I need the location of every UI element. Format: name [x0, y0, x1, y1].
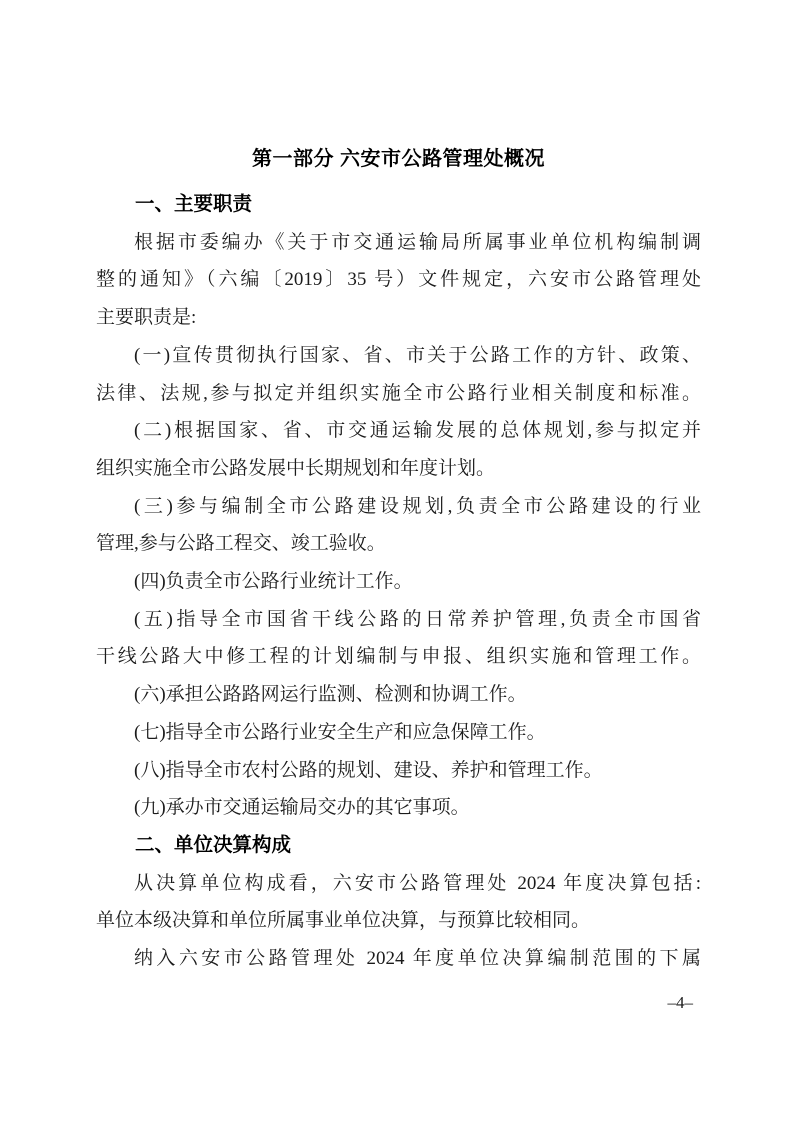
section-heading: 二、单位决算构成: [96, 827, 701, 865]
text-line: 整的通知》（六编〔2019〕35 号）文件规定，六安市公路管理处: [96, 261, 701, 299]
text-line: (五)指导全市国省干线公路的日常养护管理,负责全市国省: [96, 601, 701, 639]
text-line: (六)承担公路路网运行监测、检测和协调工作。: [96, 676, 701, 714]
text-line: 法律、法规,参与拟定并组织实施全市公路行业相关制度和标准。: [96, 375, 701, 413]
text-line: 主要职责是:: [96, 299, 701, 337]
document-body: 一、主要职责根据市委编办《关于市交通运输局所属事业单位机构编制调整的通知》（六编…: [96, 186, 701, 978]
document-content: 第一部分 六安市公路管理处概况 一、主要职责根据市委编办《关于市交通运输局所属事…: [96, 140, 701, 978]
text-line: (一)宣传贯彻执行国家、省、市关于公路工作的方针、政策、: [96, 337, 701, 375]
text-line: 组织实施全市公路发展中长期规划和年度计划。: [96, 450, 701, 488]
text-line: 纳入六安市公路管理处 2024 年度单位决算编制范围的下属: [96, 940, 701, 978]
text-line: 根据市委编办《关于市交通运输局所属事业单位机构编制调: [96, 224, 701, 262]
text-line: (三)参与编制全市公路建设规划,负责全市公路建设的行业: [96, 488, 701, 526]
text-line: (二)根据国家、省、市交通运输发展的总体规划,参与拟定并: [96, 412, 701, 450]
text-line: (九)承办市交通运输局交办的其它事项。: [96, 789, 701, 827]
text-line: 管理,参与公路工程交、竣工验收。: [96, 525, 701, 563]
text-line: 从决算单位构成看，六安市公路管理处 2024 年度决算包括:: [96, 865, 701, 903]
section-heading: 一、主要职责: [96, 186, 701, 224]
page-number: –4–: [668, 993, 694, 1013]
text-line: (八)指导全市农村公路的规划、建设、养护和管理工作。: [96, 752, 701, 790]
document-page: 第一部分 六安市公路管理处概况 一、主要职责根据市委编办《关于市交通运输局所属事…: [0, 0, 793, 1122]
text-line: 单位本级决算和单位所属事业单位决算，与预算比较相同。: [96, 902, 701, 940]
text-line: 干线公路大中修工程的计划编制与申报、组织实施和管理工作。: [96, 638, 701, 676]
document-title: 第一部分 六安市公路管理处概况: [96, 140, 701, 178]
text-line: (四)负责全市公路行业统计工作。: [96, 563, 701, 601]
text-line: (七)指导全市公路行业安全生产和应急保障工作。: [96, 714, 701, 752]
